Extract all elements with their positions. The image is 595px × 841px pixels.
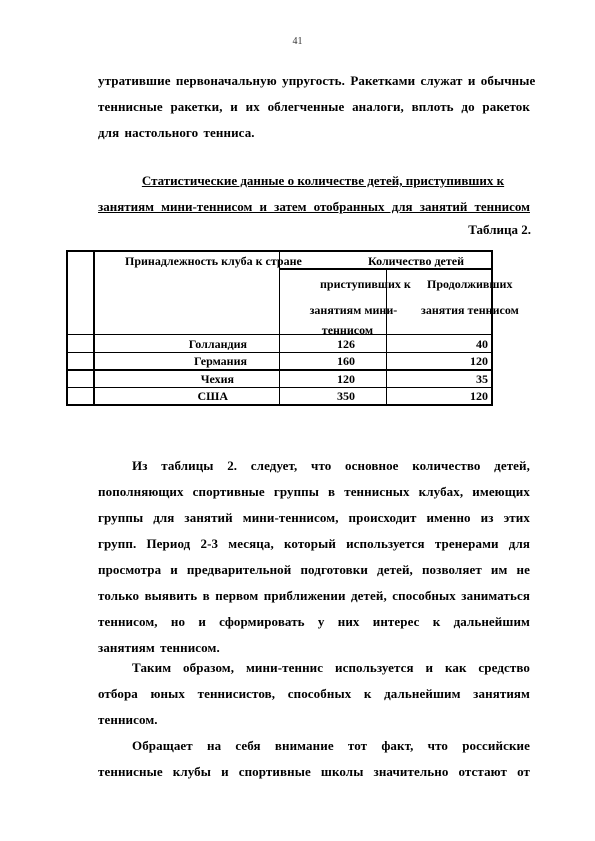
text-line: теннисом. — [98, 707, 530, 733]
paragraph-top: утратившие первоначальную упругость. Рак… — [98, 68, 530, 146]
continued-cell: 40 — [388, 335, 488, 353]
subheader-started: приступивших к занятиям мини- теннисом — [320, 271, 411, 337]
caption-line: Статистические данные о количестве детей… — [98, 168, 530, 194]
column-divider — [279, 252, 280, 404]
subheader-line: занятия теннисом — [421, 297, 519, 323]
text-line: пополняющих спортивные группы в теннисны… — [98, 479, 530, 505]
page-number: 41 — [0, 36, 595, 47]
row-divider — [279, 268, 491, 270]
country-cell: США — [95, 387, 228, 405]
started-cell: 120 — [281, 370, 355, 388]
text-line: теннисные клубы и спортивные школы значи… — [98, 759, 530, 785]
started-cell: 160 — [281, 352, 355, 370]
text-line: теннисом, но и сформировать у них интере… — [98, 609, 530, 635]
table-caption: Статистические данные о количестве детей… — [98, 168, 530, 220]
text-line: просмотра и предварительной подготовки д… — [98, 557, 530, 583]
subheader-line: занятиям мини- — [296, 297, 411, 323]
subheader-line: приступивших к — [320, 271, 411, 297]
caption-line: занятиям мини-теннисом и затем отобранны… — [98, 194, 530, 220]
country-cell: Германия — [95, 352, 247, 370]
continued-cell: 35 — [388, 370, 488, 388]
text-line: теннисные ракетки, и их облегченные анал… — [98, 94, 530, 120]
subheader-continued: Продолживших занятия теннисом — [427, 271, 519, 323]
text-line: Таким образом, мини-теннис используется … — [98, 655, 530, 681]
country-cell: Голландия — [95, 335, 247, 353]
header-count: Количество детей — [368, 254, 464, 268]
subheader-line: Продолживших — [427, 271, 519, 297]
paragraph-2: Таким образом, мини-теннис используется … — [98, 655, 530, 733]
text-line: Обращает на себя внимание тот факт, что … — [98, 733, 530, 759]
text-line: отбора юных теннисистов, способных к дал… — [98, 681, 530, 707]
started-cell: 350 — [281, 387, 355, 405]
text-line: группы для занятий мини-теннисом, происх… — [98, 505, 530, 531]
paragraph-1: Из таблицы 2. следует, что основное коли… — [98, 453, 530, 661]
continued-cell: 120 — [388, 387, 488, 405]
paragraph-3: Обращает на себя внимание тот факт, что … — [98, 733, 530, 785]
text-line: групп. Период 2-3 месяца, который исполь… — [98, 531, 530, 557]
continued-cell: 120 — [388, 352, 488, 370]
text-line: утратившие первоначальную упругость. Рак… — [98, 68, 530, 94]
text-line: Из таблицы 2. следует, что основное коли… — [98, 453, 530, 479]
table-label: Таблица 2. — [468, 222, 531, 238]
text-line: только выявить в первом приближении дете… — [98, 583, 530, 609]
country-cell: Чехия — [95, 370, 234, 388]
started-cell: 126 — [281, 335, 355, 353]
text-line: для настольного тенниса. — [98, 120, 530, 146]
header-country: Принадлежность клуба к стране — [125, 254, 302, 268]
statistics-table: Принадлежность клуба к стране Количество… — [66, 250, 493, 406]
